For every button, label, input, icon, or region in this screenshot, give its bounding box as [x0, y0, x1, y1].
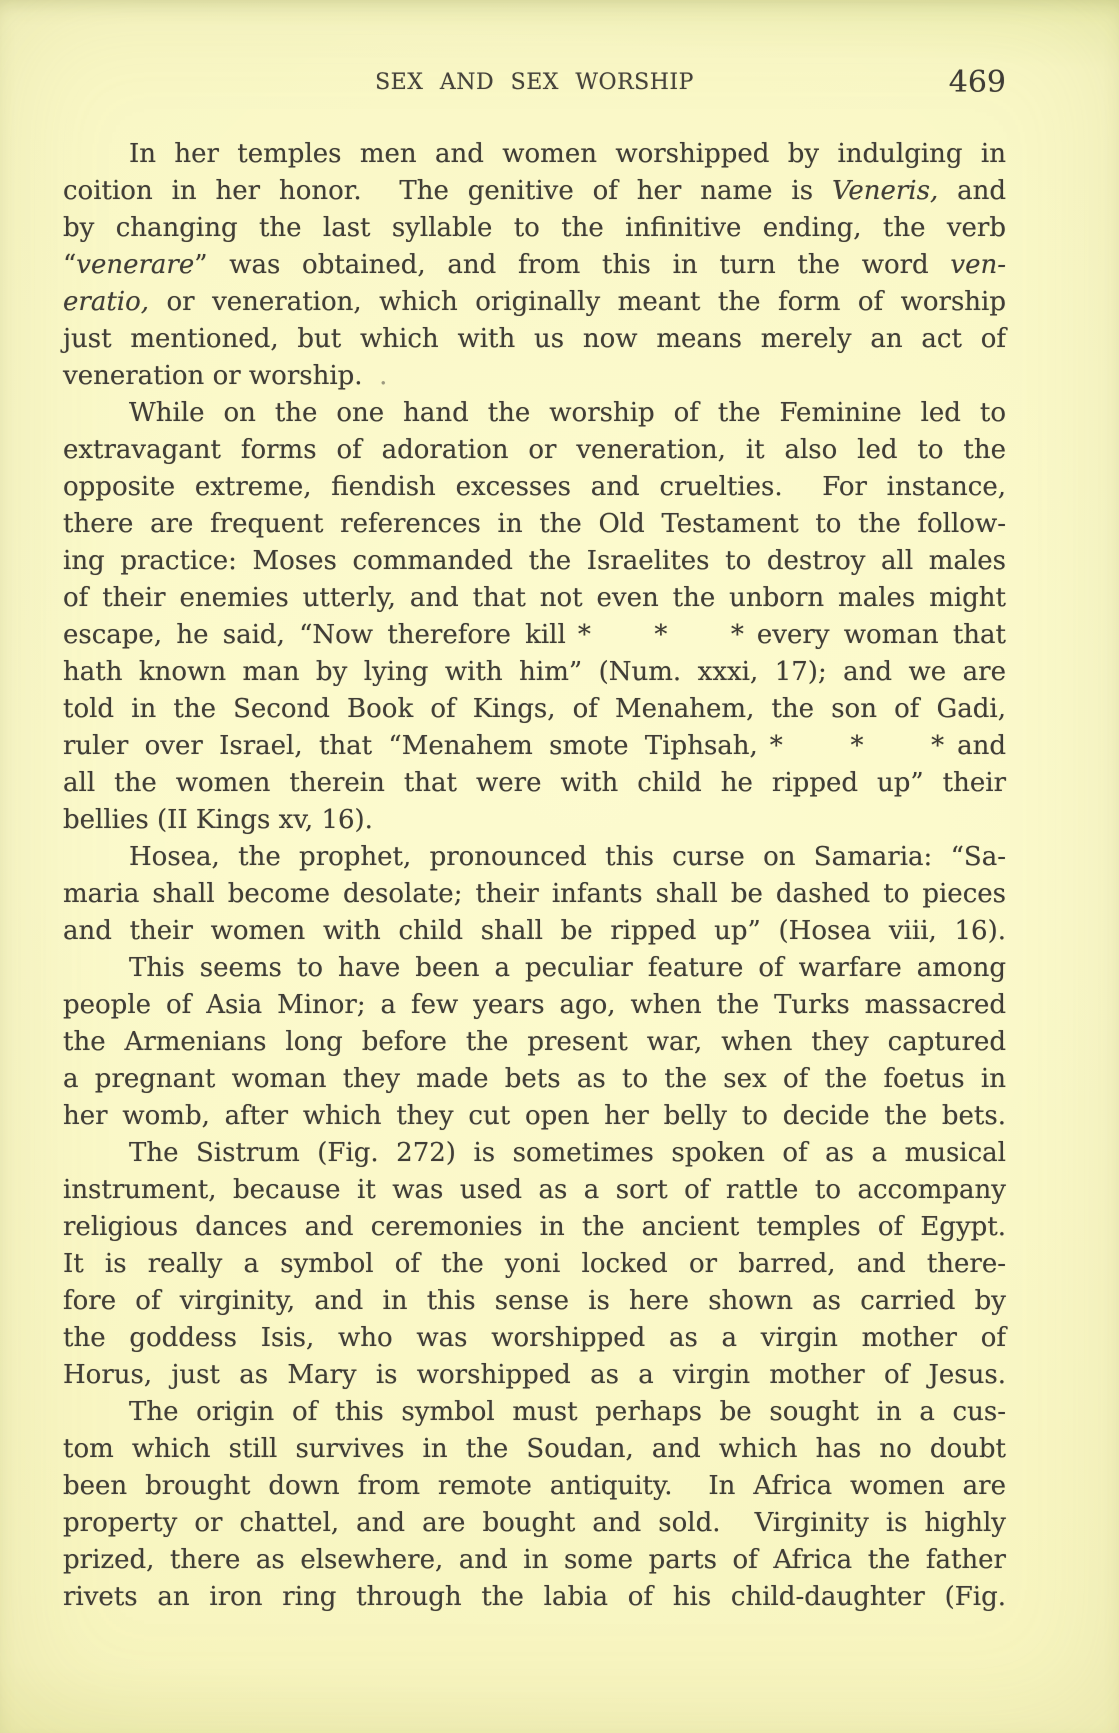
text-line: eratio, or veneration, which originally …: [63, 284, 1006, 321]
text-line: a pregnant woman they made bets as to th…: [63, 1061, 1006, 1098]
text-segment: people of Asia Minor; a few years ago, w…: [63, 990, 1006, 1020]
text-segment: eratio,: [63, 287, 149, 317]
text-segment: the Armenians long before the present wa…: [63, 1027, 1006, 1057]
running-head-title: SEX AND SEX WORSHIP: [375, 64, 694, 102]
paragraph: Hosea, the prophet, pronounced this curs…: [63, 839, 1006, 950]
text-line: tom which still survives in the Soudan, …: [63, 1431, 1006, 1468]
text-line: It is really a symbol of the yoni locked…: [63, 1246, 1006, 1283]
text-line: fore of virginity, and in this sense is …: [63, 1283, 1006, 1320]
text-segment: all the women therein that were with chi…: [63, 768, 1006, 798]
text-segment: just mentioned, but which with us now me…: [63, 324, 1006, 354]
paragraph: In her temples men and women worshipped …: [63, 136, 1006, 395]
paragraph: This seems to have been a peculiar featu…: [63, 950, 1006, 1135]
text-segment: Veneris,: [832, 176, 938, 206]
page-header: SEX AND SEX WORSHIP 469: [63, 64, 1006, 106]
text-segment: Hosea, the prophet, pronounced this curs…: [129, 842, 1006, 872]
text-segment: every woman that: [757, 620, 1006, 650]
text-line: instrument, because it was used as a sor…: [63, 1172, 1006, 1209]
text-segment: prized, there as elsewhere, and in some …: [63, 1545, 1006, 1575]
paragraph: The Sistrum (Fig. 272) is sometimes spok…: [63, 1135, 1006, 1394]
text-line: all the women therein that were with chi…: [63, 765, 1006, 802]
text-line: the goddess Isis, who was worshipped as …: [63, 1320, 1006, 1357]
text-segment: This seems to have been a peculiar featu…: [129, 953, 1006, 983]
text-line: In her temples men and women worshipped …: [63, 136, 1006, 173]
text-segment: by changing the last syllable to the inf…: [63, 213, 1006, 243]
text-line: been brought down from remote antiquity.…: [63, 1468, 1006, 1505]
text-line: bellies (II Kings xv, 16).: [63, 802, 1006, 839]
text-segment: a pregnant woman they made bets as to th…: [63, 1064, 1006, 1094]
text-segment: .: [363, 361, 388, 391]
text-line: religious dances and ceremonies in the a…: [63, 1209, 1006, 1246]
text-segment: It is really a symbol of the yoni locked…: [63, 1249, 1006, 1279]
text-line: there are frequent references in the Old…: [63, 506, 1006, 543]
text-segment: ” was obtained, and from this in turn th…: [194, 250, 950, 280]
text-line: “venerare” was obtained, and from this i…: [63, 247, 1006, 284]
text-line: The Sistrum (Fig. 272) is sometimes spok…: [63, 1135, 1006, 1172]
text-segment: been brought down from remote antiquity.…: [63, 1471, 1006, 1501]
text-line: opposite extreme, fiendish excesses and …: [63, 469, 1006, 506]
text-segment: rivets an iron ring through the labia of…: [63, 1582, 1006, 1612]
text-line: rivets an iron ring through the labia of…: [63, 1579, 1006, 1616]
text-segment: ruler over Israel, that “Menahem smote T…: [63, 731, 758, 761]
text-segment: While on the one hand the worship of the…: [129, 398, 1006, 428]
text-line: extravagant forms of adoration or venera…: [63, 432, 1006, 469]
text-segment: and: [957, 731, 1006, 761]
text-line: While on the one hand the worship of the…: [63, 395, 1006, 432]
text-segment: venerare: [76, 250, 194, 280]
text-segment: ing practice: Moses commanded the Israel…: [63, 546, 1006, 576]
text-line: by changing the last syllable to the inf…: [63, 210, 1006, 247]
text-line: property or chattel, and are bought and …: [63, 1505, 1006, 1542]
text-line: just mentioned, but which with us now me…: [63, 321, 1006, 358]
text-segment: religious dances and ceremonies in the a…: [63, 1212, 1006, 1242]
text-line: veneration or worship. .: [63, 358, 1006, 395]
text-segment: property or chattel, and are bought and …: [63, 1508, 1006, 1538]
text-segment: maria shall become desolate; their infan…: [63, 879, 1006, 909]
text-segment: The Sistrum (Fig. 272) is sometimes spok…: [129, 1138, 1006, 1168]
text-segment: ven-: [950, 250, 1006, 280]
text-segment: “: [63, 250, 76, 280]
text-segment: extravagant forms of adoration or venera…: [63, 435, 1006, 465]
text-line: ing practice: Moses commanded the Israel…: [63, 543, 1006, 580]
text-segment: tom which still survives in the Soudan, …: [63, 1434, 1006, 1464]
text-segment: coition in her honor. The genitive of he…: [63, 176, 832, 206]
text-segment: escape, he said, “Now therefore kill: [63, 620, 566, 650]
text-segment: there are frequent references in the Old…: [63, 509, 1006, 539]
text-line: escape, he said, “Now therefore kill* * …: [63, 617, 1006, 654]
page-number: 469: [949, 64, 1006, 102]
asterisk-separator: * * *: [770, 731, 945, 761]
text-line: the Armenians long before the present wa…: [63, 1024, 1006, 1061]
text-segment: Horus, just as Mary is worshipped as a v…: [63, 1360, 1006, 1390]
text-line: Hosea, the prophet, pronounced this curs…: [63, 839, 1006, 876]
text-line: of their enemies utterly, and that not e…: [63, 580, 1006, 617]
text-line: prized, there as elsewhere, and in some …: [63, 1542, 1006, 1579]
page-body: In her temples men and women worshipped …: [63, 136, 1006, 1616]
text-line: The origin of this symbol must perhaps b…: [63, 1394, 1006, 1431]
text-segment: her womb, after which they cut open her …: [63, 1101, 1006, 1131]
text-line: Horus, just as Mary is worshipped as a v…: [63, 1357, 1006, 1394]
text-line: This seems to have been a peculiar featu…: [63, 950, 1006, 987]
paragraph: While on the one hand the worship of the…: [63, 395, 1006, 839]
text-segment: or veneration, which originally meant th…: [149, 287, 1006, 317]
book-page-scan: SEX AND SEX WORSHIP 469 In her temples m…: [0, 0, 1119, 1733]
text-segment: and: [938, 176, 1006, 206]
text-line: told in the Second Book of Kings, of Men…: [63, 691, 1006, 728]
text-segment: fore of virginity, and in this sense is …: [63, 1286, 1006, 1316]
text-segment: instrument, because it was used as a sor…: [63, 1175, 1006, 1205]
text-segment: hath known man by lying with him” (Num. …: [63, 657, 1006, 687]
text-line: hath known man by lying with him” (Num. …: [63, 654, 1006, 691]
paragraph: The origin of this symbol must perhaps b…: [63, 1394, 1006, 1616]
text-segment: veneration or worship.: [63, 361, 363, 391]
text-line: maria shall become desolate; their infan…: [63, 876, 1006, 913]
text-line: people of Asia Minor; a few years ago, w…: [63, 987, 1006, 1024]
text-segment: In her temples men and women worshipped …: [129, 139, 1006, 169]
text-segment: the goddess Isis, who was worshipped as …: [63, 1323, 1006, 1353]
text-line: her womb, after which they cut open her …: [63, 1098, 1006, 1135]
text-line: ruler over Israel, that “Menahem smote T…: [63, 728, 1006, 765]
text-line: and their women with child shall be ripp…: [63, 913, 1006, 950]
text-segment: of their enemies utterly, and that not e…: [63, 583, 1006, 613]
asterisk-separator: * * *: [578, 620, 745, 650]
text-segment: told in the Second Book of Kings, of Men…: [63, 694, 1006, 724]
text-segment: opposite extreme, fiendish excesses and …: [63, 472, 1006, 502]
text-line: coition in her honor. The genitive of he…: [63, 173, 1006, 210]
text-segment: The origin of this symbol must perhaps b…: [129, 1397, 1006, 1427]
text-segment: bellies (II Kings xv, 16).: [63, 805, 373, 835]
text-segment: and their women with child shall be ripp…: [63, 916, 1006, 946]
